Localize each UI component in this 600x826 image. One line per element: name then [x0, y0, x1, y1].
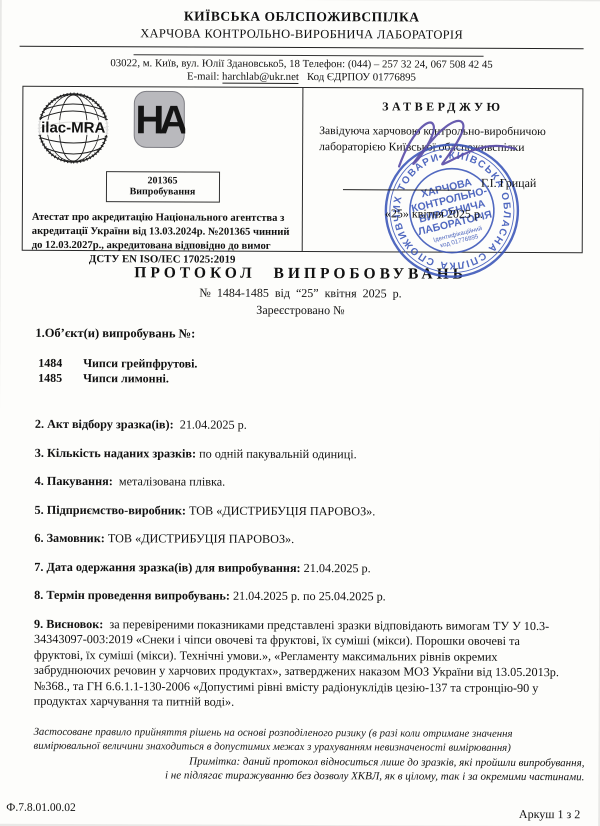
email-line: E-mail: harchlab@ukr.net Код ЄДРПОУ 0177…	[1, 70, 600, 85]
certificate-number-box: 201365 Випробування	[105, 171, 219, 202]
conclusion-text: за перевіреними показниками представлені…	[34, 617, 559, 709]
decision-rule-paragraph: Застосоване правило прийняття рішень на …	[34, 725, 579, 756]
svg-text:ilac-MRA: ilac-MRA	[41, 119, 105, 136]
certificate-type: Випробування	[106, 186, 218, 197]
organization-title: КИЇВСЬКА ОБЛСПОЖИВСПІЛКА	[2, 0, 600, 26]
protocol-number: № 1484-1485 від “25” квітня 2025 р.	[0, 285, 600, 303]
approval-title: ЗАТВЕРДЖУЮ	[303, 99, 582, 115]
object-number: 1484	[38, 356, 80, 371]
approval-date: «25» квітня 2025 р.	[385, 207, 582, 223]
page-footer: Примітка: даний протокол відноситься лиш…	[0, 754, 599, 826]
email-link[interactable]: harchlab@ukr.net	[222, 71, 299, 84]
email-label: E-mail:	[187, 71, 219, 83]
item-packaging: 4. Пакування: металізована плівка.	[35, 474, 570, 491]
signature-row: Г.І. Грицай	[343, 176, 582, 192]
accreditation-text: Атестат про акредитацію Національного аг…	[32, 211, 296, 253]
document-page: КИЇВСЬКА ОБЛСПОЖИВСПІЛКА ХАРЧОВА КОНТРОЛ…	[0, 0, 600, 826]
object-row: 1485 Чипси лимонні.	[38, 371, 600, 388]
approver-name: Г.І. Грицай	[481, 176, 536, 191]
item-receipt-date: 7. Дата одержання зразка(ів) для випробу…	[34, 559, 569, 576]
accreditation-approval-box: ilac-MRA НА 201365 Випробування Атестат …	[22, 86, 584, 253]
edrpou-code: Код ЄДРПОУ 01776895	[307, 71, 416, 83]
certificate-number: 201365	[106, 175, 218, 186]
accreditation-standard: ДСТУ EN ISO/ІЕС 17025:2019	[23, 253, 302, 266]
objects-section-label: 1.Об’єкт(и) випробувань №:	[35, 326, 600, 343]
item-customer: 6. Замовник: ТОВ «ДИСТРИБУЦІЯ ПАРОВОЗ».	[34, 531, 569, 548]
handwritten-signature-icon	[391, 114, 521, 177]
ilac-mra-logo-icon: ilac-MRA	[35, 90, 111, 166]
signature-line	[343, 178, 471, 192]
object-name: Чипси грейпфрутові.	[83, 356, 197, 370]
item-manufacturer: 5. Підприємство-виробник: ТОВ «ДИСТРИБУЦ…	[35, 502, 570, 519]
item-testing-period: 8. Термін проведення випробувань: 21.04.…	[34, 588, 569, 605]
approval-cell: ЗАТВЕРДЖУЮ Завідуюча харчовою контрольно…	[303, 88, 583, 252]
conclusion-label: 9. Висновок:	[34, 617, 103, 631]
header-divider	[20, 46, 584, 49]
item-sampling-act: 2. Акт відбору зразка(ів): 21.04.2025 р.	[35, 417, 570, 434]
logo-row: ilac-MRA НА	[23, 87, 302, 167]
svg-text:НА: НА	[135, 98, 185, 142]
accreditation-cell: ilac-MRA НА 201365 Випробування Атестат …	[23, 87, 304, 251]
object-name: Чипси лимонні.	[83, 371, 169, 385]
naau-logo-icon: НА	[133, 90, 185, 148]
laboratory-title: ХАРЧОВА КОНТРОЛЬНО-ВИРОБНИЧА ЛАБОРАТОРІЯ	[2, 26, 600, 44]
conclusion-paragraph: 9. Висновок: за перевіреними показниками…	[34, 617, 571, 712]
object-number: 1485	[38, 371, 80, 386]
registered-line: Зареєстровано №	[0, 302, 600, 320]
footer-note: Примітка: даний протокол відноситься лиш…	[58, 754, 584, 785]
page-number: Аркуш 1 з 2	[519, 807, 580, 822]
address-divider	[134, 54, 484, 57]
form-code: Ф.7.8.01.00.02	[6, 802, 76, 814]
item-sample-quantity: 3. Кількість наданих зразків: по одній п…	[35, 445, 570, 462]
